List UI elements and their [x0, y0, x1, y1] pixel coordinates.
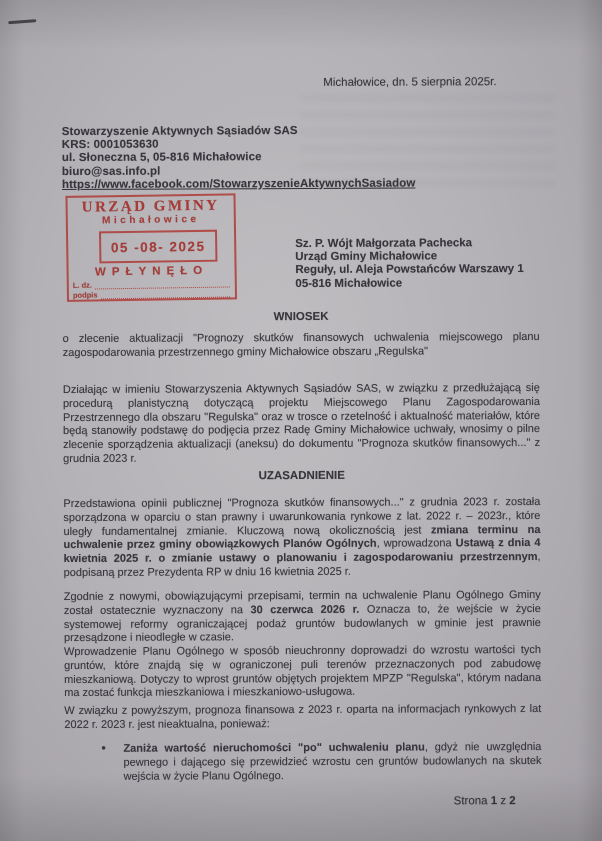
- section-heading: UZASADNIENIE: [63, 469, 540, 483]
- sender-facebook-url: https://www.facebook.com/StowarzyszenieA…: [62, 177, 416, 192]
- recipient-city: 05-816 Michałowice: [295, 277, 523, 291]
- bullet-bold-lead: Zaniża wartość nieruchomości "po" uchwal…: [123, 741, 424, 754]
- footer-prefix: Strona: [454, 795, 491, 807]
- pen-mark: [8, 19, 36, 24]
- paragraph-conclusion: W związku z powyższym, prognoza finansow…: [64, 703, 541, 733]
- stamp-reference-dotted-line: [95, 280, 230, 289]
- recipient-name: Sz. P. Wójt Małgorzata Pachecka: [295, 237, 523, 251]
- stamp-reference-label: L. dz.: [73, 282, 92, 290]
- stamp-signature-row: podpis: [73, 289, 230, 299]
- stamp-reference-row: L. dz.: [73, 279, 230, 289]
- footer-page-total: 2: [509, 795, 515, 807]
- stamp-signature-dotted-line: [100, 290, 229, 299]
- scanned-letter-photo: Michałowice, dn. 5 sierpnia 2025r. Stowa…: [0, 0, 602, 841]
- stamp-signature-label: podpis: [73, 291, 98, 299]
- paragraph-legal-basis: Przedstawiona opinii publicznej "Prognoz…: [63, 496, 540, 581]
- bullet-undervaluation: Zaniża wartość nieruchomości "po" uchwal…: [123, 741, 541, 784]
- stamp-received-label: WPŁYNĘŁO: [69, 264, 235, 278]
- paragraph-deadline: Zgodnie z nowymi, obowiązującymi przepis…: [64, 589, 541, 646]
- page-number: Strona 1 z 2: [454, 795, 516, 807]
- subject-paragraph: o zlecenie aktualizacji "Prognozy skutkó…: [63, 331, 540, 361]
- recipient-block: Sz. P. Wójt Małgorzata Pachecka Urząd Gm…: [295, 237, 524, 291]
- paragraph-impact: Wprowadzenie Planu Ogólnego w sposób nie…: [64, 644, 541, 701]
- stamp-date-box: 05 -08- 2025: [99, 230, 217, 264]
- legal-text-2: , wprowadzona: [377, 538, 456, 550]
- received-stamp: URZĄD GMINY Michałowice 05 -08- 2025 WPŁ…: [65, 193, 237, 302]
- letter-sheet: Michałowice, dn. 5 sierpnia 2025r. Stowa…: [0, 0, 602, 841]
- intro-paragraph: Działając w imieniu Stowarzyszenia Aktyw…: [63, 382, 540, 467]
- stamp-date: 05 -08- 2025: [111, 238, 206, 254]
- document-date: Michałowice, dn. 5 sierpnia 2025r.: [323, 76, 496, 89]
- document-title: WNIOSEK: [63, 310, 540, 324]
- sender-block: Stowarzyszenie Aktywnych Sąsiadów SAS KR…: [62, 124, 416, 192]
- recipient-street: Reguły, ul. Aleja Powstańców Warszawy 1: [295, 263, 523, 277]
- deadline-bold-date: 30 czerwca 2026 r.: [250, 604, 359, 616]
- recipient-office: Urząd Gminy Michałowice: [295, 250, 523, 264]
- footer-separator: z: [497, 795, 509, 807]
